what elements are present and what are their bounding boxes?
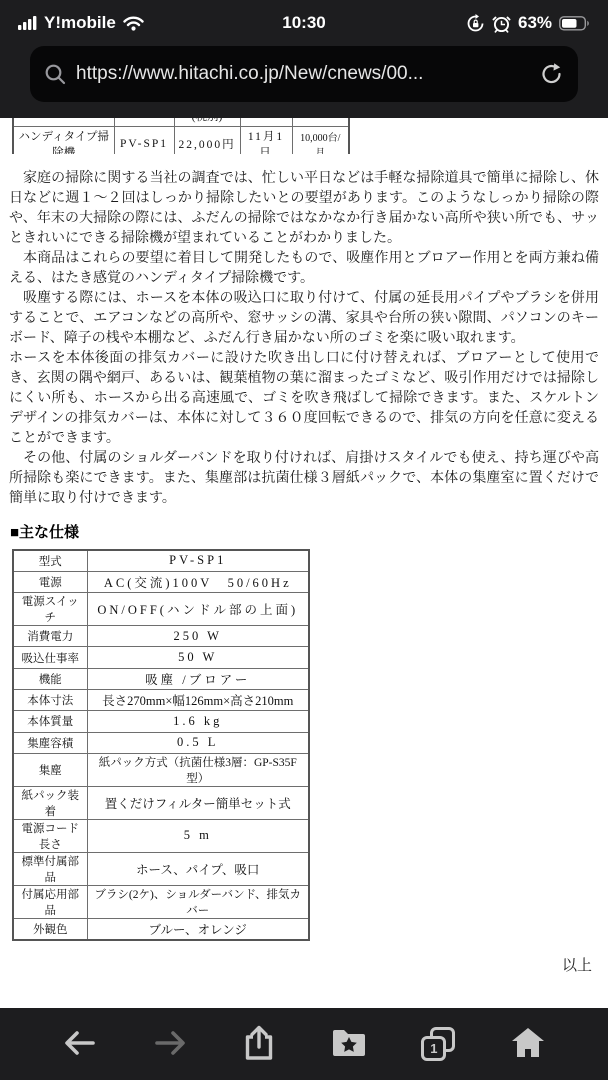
body-paragraph: ホースを本体後面の排気カバーに設けた吹き出し口に付け替えれば、ブロアーとして使用… [9, 347, 599, 447]
body-paragraph: 本商品はこれらの要望に着目して開発したもので、吸塵作用とブロアー作用とを両方兼ね… [9, 247, 599, 287]
spec-row: 吸込仕事率50 W [13, 647, 309, 668]
spec-label: 型式 [13, 550, 87, 571]
spec-row: 紙パック装着置くだけフィルター簡単セット式 [13, 786, 309, 819]
spec-label: 機能 [13, 668, 87, 689]
spec-row: 機能吸塵 /ブロアー [13, 668, 309, 689]
wifi-icon [123, 16, 144, 31]
share-button[interactable] [237, 1022, 281, 1066]
back-button[interactable] [58, 1022, 102, 1066]
spec-row: 型式PV-SP1 [13, 550, 309, 571]
spec-label: 吸込仕事率 [13, 647, 87, 668]
price-table-clip: (税別) ハンディタイプ掃除機 PV-SP1 22,000円 11月1日 10,… [12, 118, 608, 154]
spec-label: 電源 [13, 571, 87, 592]
model-cell: PV-SP1 [114, 126, 174, 154]
tab-front-card: 1 [421, 1036, 446, 1061]
spec-label: 本体寸法 [13, 689, 87, 710]
spec-table: 型式PV-SP1 電源AC(交流)100V 50/60Hz 電源スイッチON/O… [12, 549, 310, 941]
spec-row: 集塵容積0.5 L [13, 732, 309, 753]
url-text[interactable]: https://www.hitachi.co.jp/New/cnews/00..… [76, 63, 540, 85]
product-name-cell: ハンディタイプ掃除機 [13, 126, 114, 154]
spec-label: 標準付属部品 [13, 852, 87, 885]
spec-row: 外観色ブルー、オレンジ [13, 918, 309, 939]
spec-value: 250 W [87, 626, 309, 647]
home-icon [511, 1027, 545, 1061]
spec-row: 電源スイッチON/OFF(ハンドル部の上面) [13, 593, 309, 626]
rotation-lock-icon [466, 14, 485, 33]
status-bar: Y!mobile 10:30 [0, 0, 608, 42]
body-paragraph: その他、付属のショルダーバンドを取り付ければ、肩掛けスタイルでも使え、持ち運びや… [9, 447, 599, 507]
browser-toolbar: 1 [0, 1008, 608, 1080]
volume-cell: 10,000台/月 [292, 126, 349, 154]
spec-row: 本体質量1.6 kg [13, 711, 309, 732]
spec-section-heading: ■主な仕様 [10, 521, 608, 542]
spec-value: 置くだけフィルター簡単セット式 [87, 786, 309, 819]
spec-value: 紙パック方式（抗菌仕様3層：GP-S35F型） [87, 753, 309, 786]
spec-value: PV-SP1 [87, 550, 309, 571]
spec-label: 付属応用部品 [13, 885, 87, 918]
body-paragraph: 吸塵する際には、ホースを本体の吸込口に取り付けて、付属の延長用パイプやブラシを併… [9, 287, 599, 347]
price-table-data-row: ハンディタイプ掃除機 PV-SP1 22,000円 11月1日 10,000台/… [13, 126, 349, 154]
spec-value: 50 W [87, 647, 309, 668]
bookmarks-folder-icon [331, 1028, 367, 1061]
spec-value: 1.6 kg [87, 711, 309, 732]
price-table: (税別) ハンディタイプ掃除機 PV-SP1 22,000円 11月1日 10,… [12, 118, 350, 154]
end-mark: 以上 [0, 954, 592, 975]
spec-label: 集塵容積 [13, 732, 87, 753]
spec-label: 紙パック装着 [13, 786, 87, 819]
browser-chrome: Y!mobile 10:30 [0, 0, 608, 118]
web-page-content: (税別) ハンディタイプ掃除機 PV-SP1 22,000円 11月1日 10,… [0, 118, 608, 1008]
spec-value: ON/OFF(ハンドル部の上面) [87, 593, 309, 626]
home-button[interactable] [506, 1022, 550, 1066]
price-cell: 22,000円 [174, 126, 240, 154]
spec-label: 本体質量 [13, 711, 87, 732]
spec-label: 外観色 [13, 918, 87, 939]
battery-percent-label: 63% [518, 13, 552, 33]
spec-value: ブルー、オレンジ [87, 918, 309, 939]
forward-icon [152, 1027, 188, 1062]
spec-row: 集塵紙パック方式（抗菌仕様3層：GP-S35F型） [13, 753, 309, 786]
bookmarks-button[interactable] [327, 1022, 371, 1066]
battery-icon [559, 16, 590, 31]
price-table-header-row: (税別) [13, 118, 349, 126]
carrier-label: Y!mobile [44, 13, 116, 33]
search-icon [44, 63, 67, 86]
spec-row: 電源コード長さ5 m [13, 819, 309, 852]
spec-value: 0.5 L [87, 732, 309, 753]
clock-label: 10:30 [282, 13, 325, 32]
tabs-icon: 1 [421, 1027, 455, 1061]
spec-value: AC(交流)100V 50/60Hz [87, 571, 309, 592]
signal-strength-icon [18, 16, 37, 30]
price-header-note: (税別) [174, 118, 240, 126]
date-cell: 11月1日 [240, 126, 292, 154]
tab-count-label: 1 [430, 1041, 437, 1056]
spec-label: 消費電力 [13, 626, 87, 647]
spec-value: ブラシ(2ケ)、ショルダーバンド、排気カバー [87, 885, 309, 918]
spec-label: 電源コード長さ [13, 819, 87, 852]
tabs-button[interactable]: 1 [416, 1022, 460, 1066]
spec-label: 電源スイッチ [13, 593, 87, 626]
spec-value: ホース、パイプ、吸口 [87, 852, 309, 885]
spec-row: 標準付属部品ホース、パイプ、吸口 [13, 852, 309, 885]
spec-label: 集塵 [13, 753, 87, 786]
spec-value: 長さ270mm×幅126mm×高さ210mm [87, 689, 309, 710]
address-bar[interactable]: https://www.hitachi.co.jp/New/cnews/00..… [30, 46, 578, 102]
back-icon [62, 1027, 98, 1062]
article-body: 家庭の掃除に関する当社の調査では、忙しい平日などは手軽な掃除道具で簡単に掃除し、… [9, 167, 599, 507]
body-paragraph: 家庭の掃除に関する当社の調査では、忙しい平日などは手軽な掃除道具で簡単に掃除し、… [9, 167, 599, 247]
forward-button[interactable] [148, 1022, 192, 1066]
reload-icon[interactable] [540, 62, 564, 86]
spec-row: 付属応用部品ブラシ(2ケ)、ショルダーバンド、排気カバー [13, 885, 309, 918]
alarm-icon [492, 14, 511, 33]
share-icon [243, 1025, 275, 1064]
spec-row: 電源AC(交流)100V 50/60Hz [13, 571, 309, 592]
spec-value: 吸塵 /ブロアー [87, 668, 309, 689]
spec-row: 本体寸法長さ270mm×幅126mm×高さ210mm [13, 689, 309, 710]
spec-row: 消費電力250 W [13, 626, 309, 647]
spec-value: 5 m [87, 819, 309, 852]
